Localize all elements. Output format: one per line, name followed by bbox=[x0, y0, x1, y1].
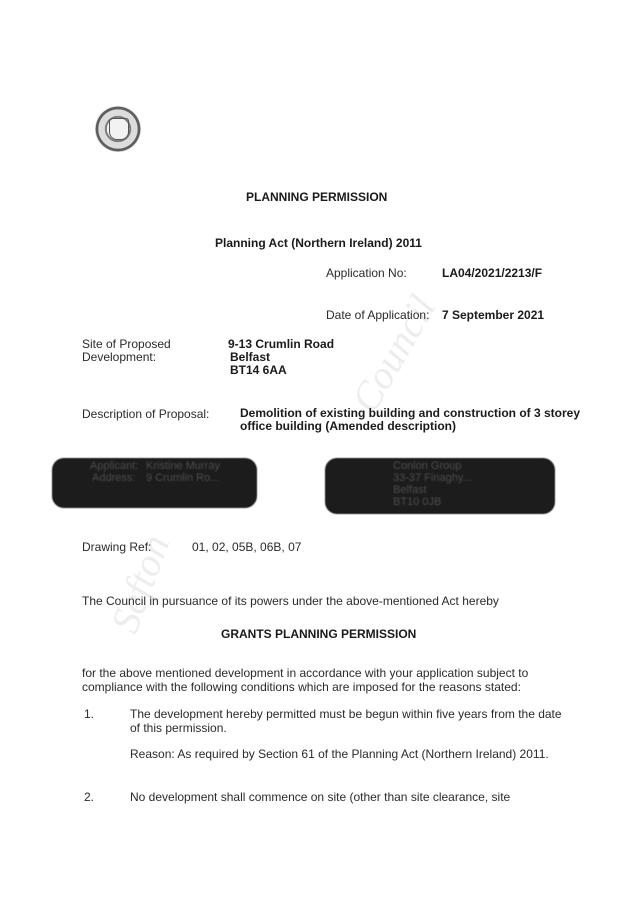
description-label: Description of Proposal: bbox=[82, 407, 209, 421]
application-no-label: Application No: bbox=[326, 266, 407, 280]
redacted-text: Address: bbox=[92, 472, 135, 484]
condition-2-text: No development shall commence on site (o… bbox=[130, 790, 510, 804]
description: Demolition of existing building and cons… bbox=[240, 407, 580, 433]
drawing-ref-label: Drawing Ref: bbox=[82, 540, 151, 554]
application-no: LA04/2021/2213/F bbox=[442, 266, 542, 280]
stamp-watermark: Council bbox=[341, 287, 445, 420]
site-line: BT14 6AA bbox=[228, 364, 334, 377]
redacted-text: 9 Crumlin Ro... bbox=[146, 472, 219, 484]
council-crest-icon bbox=[95, 106, 141, 152]
description-line: office building (Amended description) bbox=[240, 420, 580, 433]
redacted-text: Conlon Group bbox=[393, 460, 462, 472]
intro-text: for the above mentioned development in a… bbox=[82, 666, 528, 694]
redacted-text: 33-37 Finaghy... bbox=[393, 472, 472, 484]
intro-line: for the above mentioned development in a… bbox=[82, 666, 528, 680]
redacted-text: Kristine Murray bbox=[146, 460, 220, 472]
condition-line: of this permission. bbox=[130, 721, 562, 735]
redacted-text: Belfast bbox=[393, 484, 427, 496]
document-title: PLANNING PERMISSION bbox=[246, 190, 387, 204]
application-date: 7 September 2021 bbox=[442, 308, 544, 322]
condition-2-number: 2. bbox=[84, 790, 94, 804]
redacted-agent: Conlon Group 33-37 Finaghy... Belfast BT… bbox=[325, 458, 555, 514]
date-label: Date of Application: bbox=[326, 308, 429, 322]
redacted-text: BT10 0JB bbox=[393, 496, 441, 508]
condition-1-number: 1. bbox=[84, 707, 94, 721]
site-label-line: Development: bbox=[82, 351, 171, 364]
condition-1-text: The development hereby permitted must be… bbox=[130, 707, 562, 735]
site-address: 9-13 Crumlin Road Belfast BT14 6AA bbox=[228, 338, 334, 377]
intro-line: compliance with the following conditions… bbox=[82, 680, 528, 694]
act-title: Planning Act (Northern Ireland) 2011 bbox=[215, 236, 422, 250]
redacted-text: Applicant: bbox=[90, 460, 138, 472]
council-text: The Council in pursuance of its powers u… bbox=[82, 594, 499, 608]
grants-heading: GRANTS PLANNING PERMISSION bbox=[221, 627, 416, 641]
site-label: Site of Proposed Development: bbox=[82, 338, 171, 364]
condition-line: The development hereby permitted must be… bbox=[130, 707, 562, 721]
redacted-applicant: Applicant: Kristine Murray Address: 9 Cr… bbox=[52, 458, 257, 508]
condition-1-reason: Reason: As required by Section 61 of the… bbox=[130, 747, 549, 761]
drawing-ref: 01, 02, 05B, 06B, 07 bbox=[192, 540, 301, 554]
